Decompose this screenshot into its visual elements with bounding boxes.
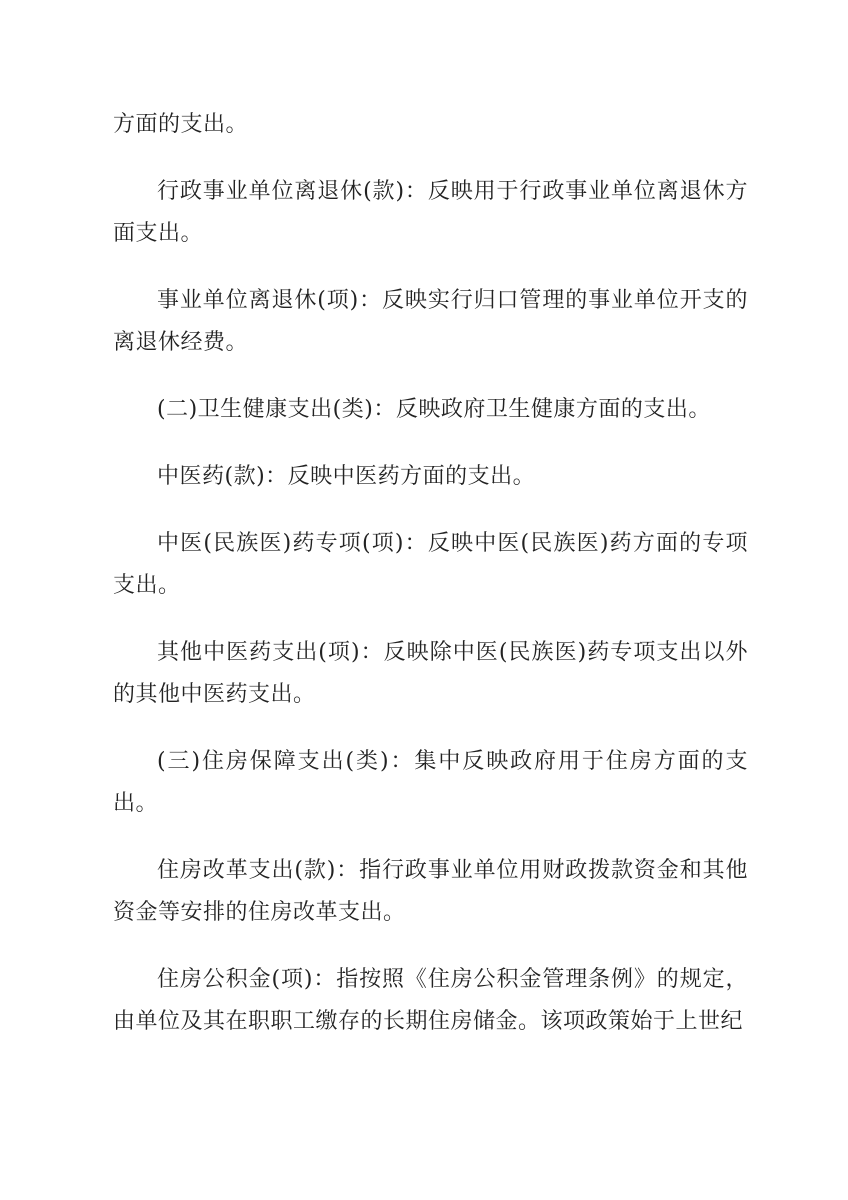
paragraph: 住房改革支出(款)：指行政事业单位用财政拨款资金和其他资金等安排的住房改革支出。 [113, 850, 748, 934]
paragraph-continuation: 方面的支出。 [113, 104, 748, 146]
paragraph-section-heading: (二)卫生健康支出(类)：反映政府卫生健康方面的支出。 [113, 389, 748, 431]
document-text-block: 方面的支出。 行政事业单位离退休(款)：反映用于行政事业单位离退休方面支出。 事… [113, 104, 748, 1043]
paragraph-section-heading: (三)住房保障支出(类)：集中反映政府用于住房方面的支出。 [113, 741, 748, 825]
paragraph: 中医药(款)：反映中医药方面的支出。 [113, 456, 748, 498]
paragraph: 住房公积金(项)：指按照《住房公积金管理条例》的规定，由单位及其在职职工缴存的长… [113, 959, 748, 1043]
document-page: 方面的支出。 行政事业单位离退休(款)：反映用于行政事业单位离退休方面支出。 事… [0, 0, 848, 1200]
paragraph: 事业单位离退休(项)：反映实行归口管理的事业单位开支的离退休经费。 [113, 280, 748, 364]
paragraph: 其他中医药支出(项)：反映除中医(民族医)药专项支出以外的其他中医药支出。 [113, 632, 748, 716]
paragraph: 中医(民族医)药专项(项)：反映中医(民族医)药方面的专项支出。 [113, 523, 748, 607]
paragraph: 行政事业单位离退休(款)：反映用于行政事业单位离退休方面支出。 [113, 171, 748, 255]
